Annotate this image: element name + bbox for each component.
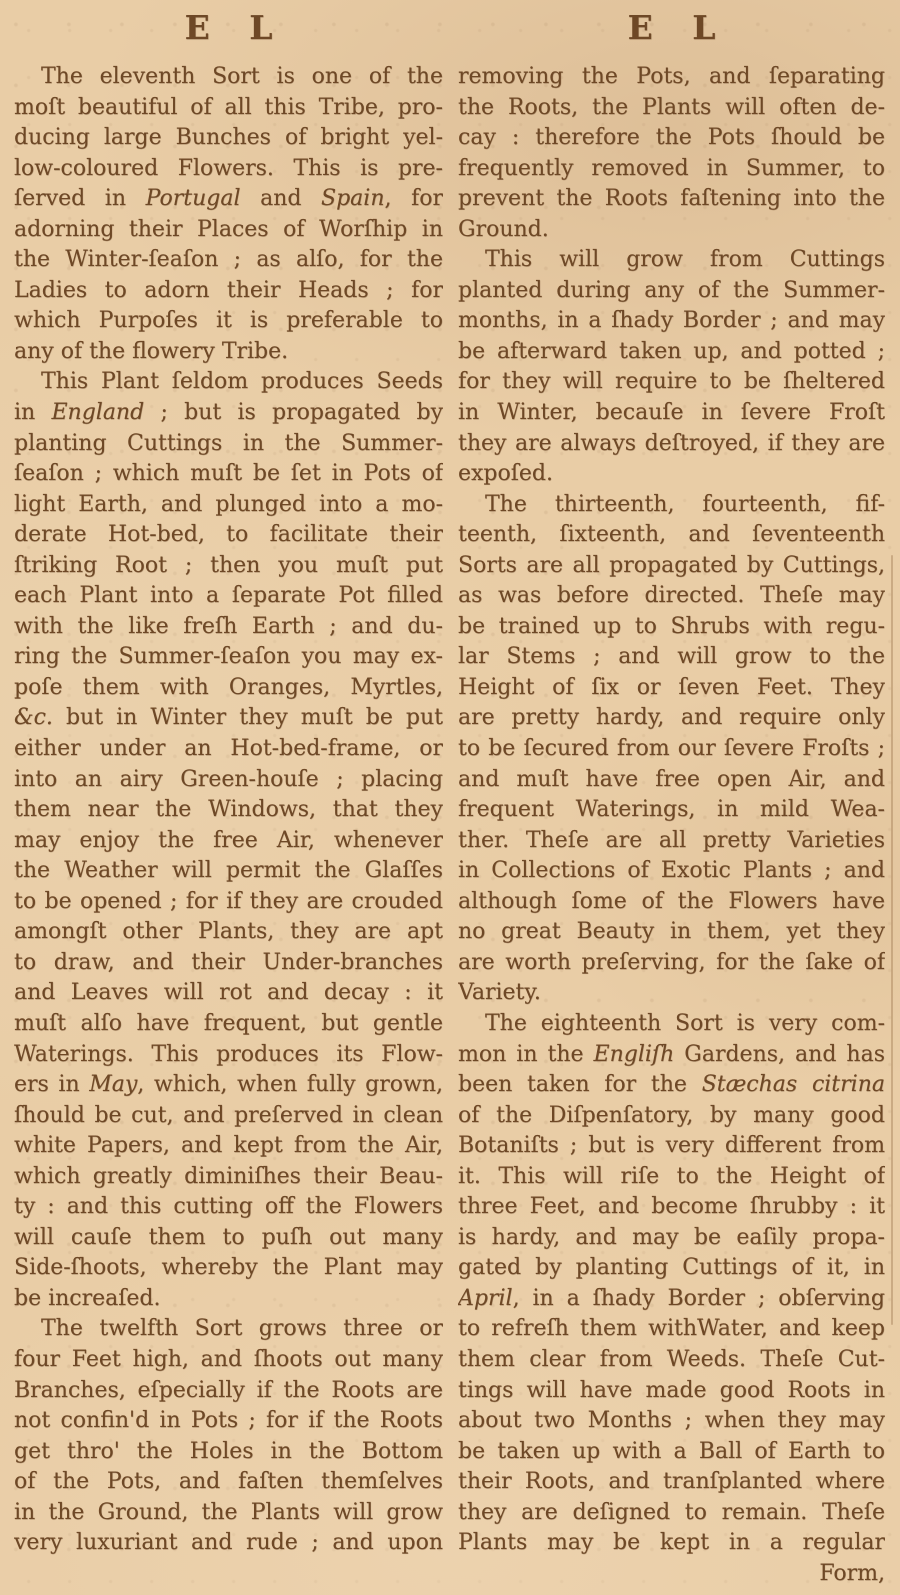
text-line: Form, [458,1559,885,1590]
text-line: to refreſh them withWater, and keep [458,1314,885,1345]
text-line: amongſt other Plants, they are apt [14,917,443,948]
text-line: and Leaves will rot and decay : it [14,978,443,1009]
text-line: Ladies to adorn their Heads ; for [14,276,443,307]
running-head-left: E L [14,10,443,46]
text-line: in Collections of Exotic Plants ; and [458,856,885,887]
text-line: they are deſigned to remain. Theſe [458,1498,885,1529]
text-line: &c. but in Winter they muſt be put [14,703,443,734]
text-line: ſerved in Portugal and Spain, for [14,184,443,215]
text-line: tings will have made good Roots in [458,1376,885,1407]
italic-text: April [458,1286,513,1311]
text-line: The eleventh Sort is one of the [14,62,443,93]
text-line: into an airy Green-houſe ; placing [14,765,443,796]
text-line: expoſed. [458,459,885,490]
text-line: with the like freſh Earth ; and du- [14,612,443,643]
text-line: although ſome of the Flowers have [458,887,885,918]
text-line: teenth, ſixteenth, and ſeventeenth [458,520,885,551]
text-line: four Feet high, and ſhoots out many [14,1345,443,1376]
text-line: be increaſed. [14,1284,443,1315]
text-line: frequently removed in Summer, to [458,154,885,185]
text-line: as was before directed. Theſe may [458,581,885,612]
text-line: to draw, and their Under-branches [14,948,443,979]
text-line: Branches, eſpecially if the Roots are [14,1376,443,1407]
italic-text: Stæchas citrina [702,1072,885,1097]
text-line: them near the Windows, that they [14,795,443,826]
text-line: each Plant into a ſeparate Pot filled [14,581,443,612]
text-line: Variety. [458,978,885,1009]
text-line: be taken up with a Ball of Earth to [458,1437,885,1468]
text-line: ſhould be cut, and preſerved in clean [14,1101,443,1132]
text-line: frequent Waterings, in mild Wea- [458,795,885,826]
italic-text: &c. [14,705,53,730]
text-line: either under an Hot-bed-frame, or [14,734,443,765]
text-line: Waterings. This produces its Flow- [14,1040,443,1071]
italic-text: May [89,1072,137,1097]
text-line: lar Stems ; and will grow to the [458,642,885,673]
text-line: which Purpoſes it is preferable to [14,306,443,337]
book-page: E L The eleventh Sort is one of themoſt … [0,0,900,1595]
text-line: get thro' the Holes in the Bottom [14,1437,443,1468]
italic-text: Portugal [146,186,241,211]
text-line: three Feet, and become ſhrubby : it [458,1192,885,1223]
right-column: E L removing the Pots, and ſeparatingthe… [458,10,885,1589]
text-line: The twelfth Sort grows three or [14,1314,443,1345]
text-line: Sorts are all propagated by Cuttings, [458,551,885,582]
text-line: light Earth, and plunged into a mo- [14,490,443,521]
text-line: Height of ſix or ſeven Feet. They [458,673,885,704]
text-line: the Weather will permit the Glaſſes [14,856,443,887]
text-line: the Roots, the Plants will often de- [458,93,885,124]
text-line: This Plant ſeldom produces Seeds [14,367,443,398]
text-line: are worth preſerving, for the ſake of [458,948,885,979]
text-line: them clear from Weeds. Theſe Cut- [458,1345,885,1376]
text-line: adorning their Places of Worſhip in [14,215,443,246]
text-line: Side-ſhoots, whereby the Plant may [14,1253,443,1284]
text-line: of the Diſpenſatory, by many good [458,1101,885,1132]
text-line: of the Pots, and faſten themſelves [14,1467,443,1498]
text-line: Botaniſts ; but is very different from [458,1131,885,1162]
text-line: moſt beautiful of all this Tribe, pro- [14,93,443,124]
text-line: and muſt have free open Air, and [458,765,885,796]
text-line: April, in a ſhady Border ; obſerving [458,1284,885,1315]
page-edge-shadow [891,555,893,1325]
text-line: white Papers, and kept from the Air, [14,1131,443,1162]
italic-text: Engliſh [594,1042,675,1067]
text-line: in Winter, becauſe in ſevere Froſt [458,398,885,429]
text-line: The thirteenth, fourteenth, fif- [458,490,885,521]
text-line: removing the Pots, and ſeparating [458,62,885,93]
text-line: not confin'd in Pots ; for if the Roots [14,1406,443,1437]
text-line: gated by planting Cuttings of it, in [458,1253,885,1284]
text-line: will cauſe them to puſh out many [14,1223,443,1254]
text-line: low-coloured Flowers. This is pre- [14,154,443,185]
text-line: prevent the Roots faſtening into the [458,184,885,215]
text-line: muſt alſo have frequent, but gentle [14,1009,443,1040]
text-line: derate Hot-bed, to facilitate their [14,520,443,551]
text-line: about two Months ; when they may [458,1406,885,1437]
text-line: ſtriking Root ; then you muſt put [14,551,443,582]
text-line: it. This will riſe to the Height of [458,1162,885,1193]
text-line: mon in the Engliſh Gardens, and has [458,1040,885,1071]
text-line: months, in a ſhady Border ; and may [458,306,885,337]
text-line: ring the Summer-ſeaſon you may ex- [14,642,443,673]
text-line: very luxuriant and rude ; and upon [14,1528,443,1559]
text-line: This will grow from Cuttings [458,245,885,276]
text-line: the Winter-ſeaſon ; as alſo, for the [14,245,443,276]
text-line: for they will require to be ſheltered [458,367,885,398]
text-line: may enjoy the free Air, whenever [14,826,443,857]
text-line: be trained up to Shrubs with regu- [458,612,885,643]
text-line: which greatly diminiſhes their Beau- [14,1162,443,1193]
text-line: to be ſecured from our ſevere Froſts ; [458,734,885,765]
text-line: cay : therefore the Pots ſhould be [458,123,885,154]
text-line: any of the flowery Tribe. [14,337,443,368]
text-line: in the Ground, the Plants will grow [14,1498,443,1529]
text-line: to be opened ; for if they are crouded [14,887,443,918]
text-line: The eighteenth Sort is very com- [458,1009,885,1040]
text-line: ſeaſon ; which muſt be ſet in Pots of [14,459,443,490]
text-line: no great Beauty in them, yet they [458,917,885,948]
italic-text: England [51,400,144,425]
italic-text: Spain [321,186,384,211]
text-line: planting Cuttings in the Summer- [14,429,443,460]
text-line: planted during any of the Summer- [458,276,885,307]
text-line: Ground. [458,215,885,246]
text-line: is hardy, and may be eaſily propa- [458,1223,885,1254]
text-line: Plants may be kept in a regular [458,1528,885,1559]
text-line: ducing large Bunches of bright yel- [14,123,443,154]
text-line: ther. Theſe are all pretty Varieties [458,826,885,857]
left-column-text: The eleventh Sort is one of themoſt beau… [14,62,443,1559]
text-line: they are always deſtroyed, if they are [458,429,885,460]
text-line: in England ; but is propagated by [14,398,443,429]
right-column-text: removing the Pots, and ſeparatingthe Roo… [458,62,885,1589]
running-head-right: E L [458,10,885,46]
text-line: their Roots, and tranſplanted where [458,1467,885,1498]
text-line: ty : and this cutting off the Flowers [14,1192,443,1223]
text-line: poſe them with Oranges, Myrtles, [14,673,443,704]
text-line: be afterward taken up, and potted ; [458,337,885,368]
text-line: ers in May, which, when fully grown, [14,1070,443,1101]
left-column: E L The eleventh Sort is one of themoſt … [14,10,443,1559]
text-line: are pretty hardy, and require only [458,703,885,734]
text-line: been taken for the Stæchas citrina [458,1070,885,1101]
